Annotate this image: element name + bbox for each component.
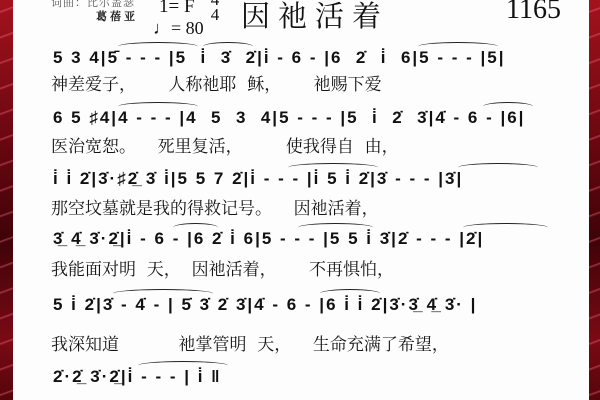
slur-mark bbox=[458, 163, 538, 172]
lyric-line-5: 我深知道 祂掌管明 天， 生命充满了希望， bbox=[51, 330, 449, 355]
notation-line-1: 5 3 4|5̄ - - - |5 i̇ 3̇ 2̇|i̇ - 6 - |6 2… bbox=[53, 48, 505, 72]
notation-line-2: 6 5 ♯4|4 - - - |4 5 3 4|5 - - - |5 i̇ 2̇… bbox=[53, 108, 525, 132]
lyric-line-1: 神差爱子， 人称祂耶 稣， 祂赐下爱 bbox=[51, 70, 382, 95]
author-credit-line2: 葛蓓亚 bbox=[96, 8, 138, 24]
notation-line-6: 2̇·2̲̇ 3̇·2̲̇|i̇ - - - | i̇ ‖ bbox=[53, 367, 222, 391]
decorative-red-border-right bbox=[589, 0, 600, 400]
decorative-red-border-left bbox=[0, 0, 13, 400]
notation-line-4: 3̲̇ 4̲̇ 3̇·2̲̇|i̇ - 6 - |6 2̇ i̇ 6|5 - -… bbox=[53, 229, 484, 253]
key-signature: 1= F bbox=[159, 0, 195, 18]
lyric-line-4: 我能面对明 天， 因祂活着， 不再惧怕， bbox=[51, 255, 394, 280]
lyric-line-2: 医治宽恕。 死里复活， 使我得自 由， bbox=[51, 132, 399, 157]
song-number: 1165 bbox=[506, 0, 561, 26]
notation-line-5: 5 i̇ 2̇|3̇ - 4̇ - | 5̇ 3̇ 2̇ 3̇|4̇ - 6 -… bbox=[53, 295, 477, 319]
time-signature-bottom: 4 bbox=[208, 7, 222, 22]
tempo-marking: ♩= 80 bbox=[153, 18, 204, 39]
time-signature: 4 4 bbox=[208, 0, 222, 22]
lyric-line-3: 那空坟墓就是我的得救记号。 因祂活着， bbox=[51, 194, 379, 219]
notation-line-3: i̇ i̇ 2̇|3̇·♯2̲̇ 3̇ i̇|5 5 7 2̇|i̇ - - -… bbox=[53, 169, 463, 193]
song-title: 因祂活着 bbox=[241, 0, 389, 35]
sheet-music-page: 词曲：比尔盖瑟 葛蓓亚 1= F 4 4 ♩= 80 因祂活着 1165 5 3… bbox=[13, 0, 589, 400]
